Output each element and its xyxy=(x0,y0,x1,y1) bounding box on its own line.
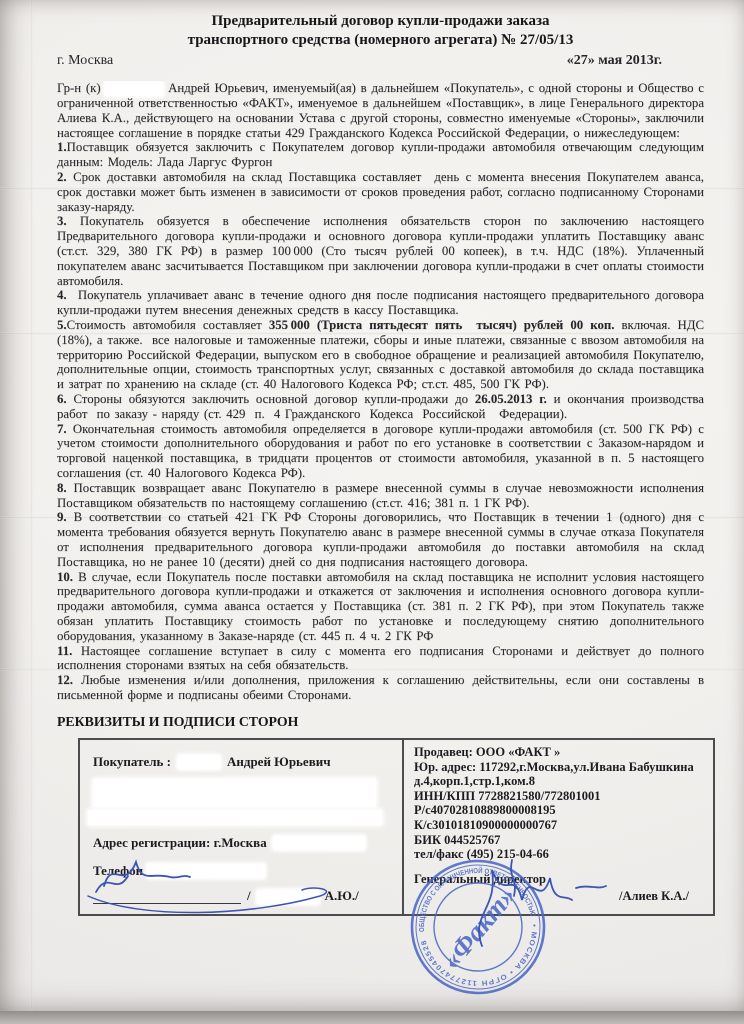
clause-text: 9. xyxy=(57,510,67,524)
buyer-address-row: Адрес регистрации: г.Москва xyxy=(93,835,394,851)
city-date-row: г. Москва «27» мая 2013г. xyxy=(57,53,704,69)
buyer-name-row: Покупатель : Андрей Юрьевич xyxy=(93,754,394,770)
clause-text: 4. xyxy=(57,288,67,302)
clause-paragraph: 11. Настоящее соглашение вступает в силу… xyxy=(57,644,704,674)
document-city: г. Москва xyxy=(57,53,113,69)
seller-requisite-line: К/с30101810900000000767 xyxy=(414,818,705,833)
clause-paragraph: 6. Стороны обязуются заключить основной … xyxy=(57,392,704,422)
clause-text: Стороны обязуются заключить основной дог… xyxy=(67,392,475,406)
redaction-box xyxy=(105,82,163,96)
clause-text: Окончательная стоимость автомобиля опред… xyxy=(57,422,704,480)
clause-text: В случае, если Покупатель после поставки… xyxy=(57,570,704,643)
clause-text: Поставщик возвращает аванс Покупателю в … xyxy=(57,481,704,510)
clause-text: 2. xyxy=(57,170,67,184)
svg-text:• МОСКВА • ОГРН 1127747045528: • МОСКВА • ОГРН 1127747045528 xyxy=(418,923,546,996)
clause-text: 1. xyxy=(57,140,67,154)
paper-crease xyxy=(30,0,33,1012)
buyer-sign-initials: А.Ю./ xyxy=(325,888,359,904)
redaction-box xyxy=(147,864,265,878)
signature-line xyxy=(93,891,241,904)
clause-paragraph: 4. Покупатель уплачивает аванс в течение… xyxy=(57,288,704,318)
seller-requisite-line: БИК 044525767 xyxy=(414,833,705,848)
clause-text: 5. xyxy=(57,318,67,332)
clause-paragraph: 12. Любые изменения и/или дополнения, пр… xyxy=(57,673,704,703)
clause-text: 6. xyxy=(57,392,67,406)
title-line-1: Предварительный договор купли-продажи за… xyxy=(57,12,704,31)
clause-paragraph: 7. Окончательная стоимость автомобиля оп… xyxy=(57,422,704,481)
buyer-address: Адрес регистрации: г.Москва xyxy=(93,835,267,851)
clause-paragraph: 3. Покупатель обязуется в обеспечение ис… xyxy=(57,214,704,288)
clause-paragraph: 8. Поставщик возвращает аванс Покупателю… xyxy=(57,481,704,511)
clause-text: Любые изменения и/или дополнения, прилож… xyxy=(57,673,704,702)
clause-text: 7. xyxy=(57,422,67,436)
buyer-phone-row: Телефон xyxy=(93,863,394,879)
clause-text: Покупатель уплачивает аванс в течение од… xyxy=(57,288,704,317)
clause-paragraph: 2. Срок доставки автомобиля на склад Пос… xyxy=(57,170,704,214)
clause-text: 10. xyxy=(57,570,73,584)
clause-paragraph: 5.Стоимость автомобиля составляет 355 00… xyxy=(57,318,704,392)
clause-paragraph: Гр-н (к) Андрей Юрьевич, именуемый(ая) в… xyxy=(57,81,704,140)
buyer-label: Покупатель : xyxy=(93,754,171,770)
scanned-contract-page: { "colors": { "paper": "#f2f0ed", "ink":… xyxy=(0,0,744,1024)
clause-text: Поставщик обязуется заключить с Покупате… xyxy=(57,140,704,169)
redaction-box xyxy=(93,779,376,807)
buyer-signature-row: / А.Ю./ xyxy=(93,888,394,904)
clause-text: Стоимость автомобиля составляет xyxy=(67,318,269,332)
seller-requisite-line: тел/факс (495) 215-04-66 xyxy=(414,847,705,862)
seller-director-sign: /Алиев К.А./ xyxy=(414,889,705,904)
seller-requisite-line: Продавец: ООО «ФАКТ » xyxy=(414,745,705,760)
clauses: Гр-н (к) Андрей Юрьевич, именуемый(ая) в… xyxy=(57,81,704,721)
clause-paragraph: 1.Поставщик обязуется заключить с Покупа… xyxy=(57,140,704,170)
clause-text: 12. xyxy=(57,673,73,687)
seller-lines: Продавец: ООО «ФАКТ »Юр. адрес: 117292,г… xyxy=(414,745,705,862)
seller-requisite-line: д.4,корп.1,стр.1,ком.8 xyxy=(414,774,705,789)
redaction-box xyxy=(178,755,220,769)
clause-text: 3. xyxy=(57,214,67,228)
seller-cell: Продавец: ООО «ФАКТ »Юр. адрес: 117292,г… xyxy=(402,740,713,914)
clause-paragraph: 10. В случае, если Покупатель после пост… xyxy=(57,570,704,644)
requisites-table: Покупатель : Андрей Юрьевич Адрес регист… xyxy=(78,738,715,916)
seller-director-label: Генеральный директор xyxy=(414,872,705,887)
scan-background-strip xyxy=(0,1011,744,1024)
buyer-name: Андрей Юрьевич xyxy=(227,754,331,770)
document-body: Предварительный договор купли-продажи за… xyxy=(57,12,704,721)
title-line-2: транспортного средства (номерного агрега… xyxy=(57,31,704,50)
signature-separator: / xyxy=(247,888,251,904)
buyer-phone-label: Телефон xyxy=(93,863,143,879)
seller-requisite-line: ИНН/КПП 7728821580/772801001 xyxy=(414,789,705,804)
clause-text: 8. xyxy=(57,481,67,495)
paper-sheet: Предварительный договор купли-продажи за… xyxy=(0,0,744,1012)
clause-text: В соответствии со статьей 421 ГК РФ Стор… xyxy=(57,510,704,568)
document-title: Предварительный договор купли-продажи за… xyxy=(57,12,704,50)
clause-text: 355 000 (Триста пятьдесят пять тысяч) ру… xyxy=(269,318,615,332)
requisites-heading: РЕКВИЗИТЫ И ПОДПИСИ СТОРОН xyxy=(57,714,298,730)
clause-text: Срок доставки автомобиля на склад Постав… xyxy=(57,170,704,214)
redaction-box xyxy=(257,890,319,904)
redaction-box xyxy=(88,810,382,825)
clause-paragraph: 9. В соответствии со статьей 421 ГК РФ С… xyxy=(57,510,704,569)
clause-text: 11. xyxy=(57,644,72,658)
stamp-ring-bottom-text: • МОСКВА • ОГРН 1127747045528 xyxy=(418,923,546,996)
buyer-cell: Покупатель : Андрей Юрьевич Адрес регист… xyxy=(80,740,402,914)
clause-text: 26.05.2013 г. xyxy=(475,392,547,406)
redaction-box xyxy=(273,836,365,850)
document-date: «27» мая 2013г. xyxy=(567,53,662,69)
clause-text: Настоящее соглашение вступает в силу с м… xyxy=(57,644,704,673)
seller-requisite-line: Юр. адрес: 117292,г.Москва,ул.Ивана Бабу… xyxy=(414,760,705,775)
redacted-passport-block xyxy=(93,779,394,825)
clause-text: Покупатель обязуется в обеспечение испол… xyxy=(57,214,704,287)
seller-requisite-line: Р/с40702810889800008195 xyxy=(414,803,705,818)
clause-text: Гр-н (к) xyxy=(57,81,105,95)
